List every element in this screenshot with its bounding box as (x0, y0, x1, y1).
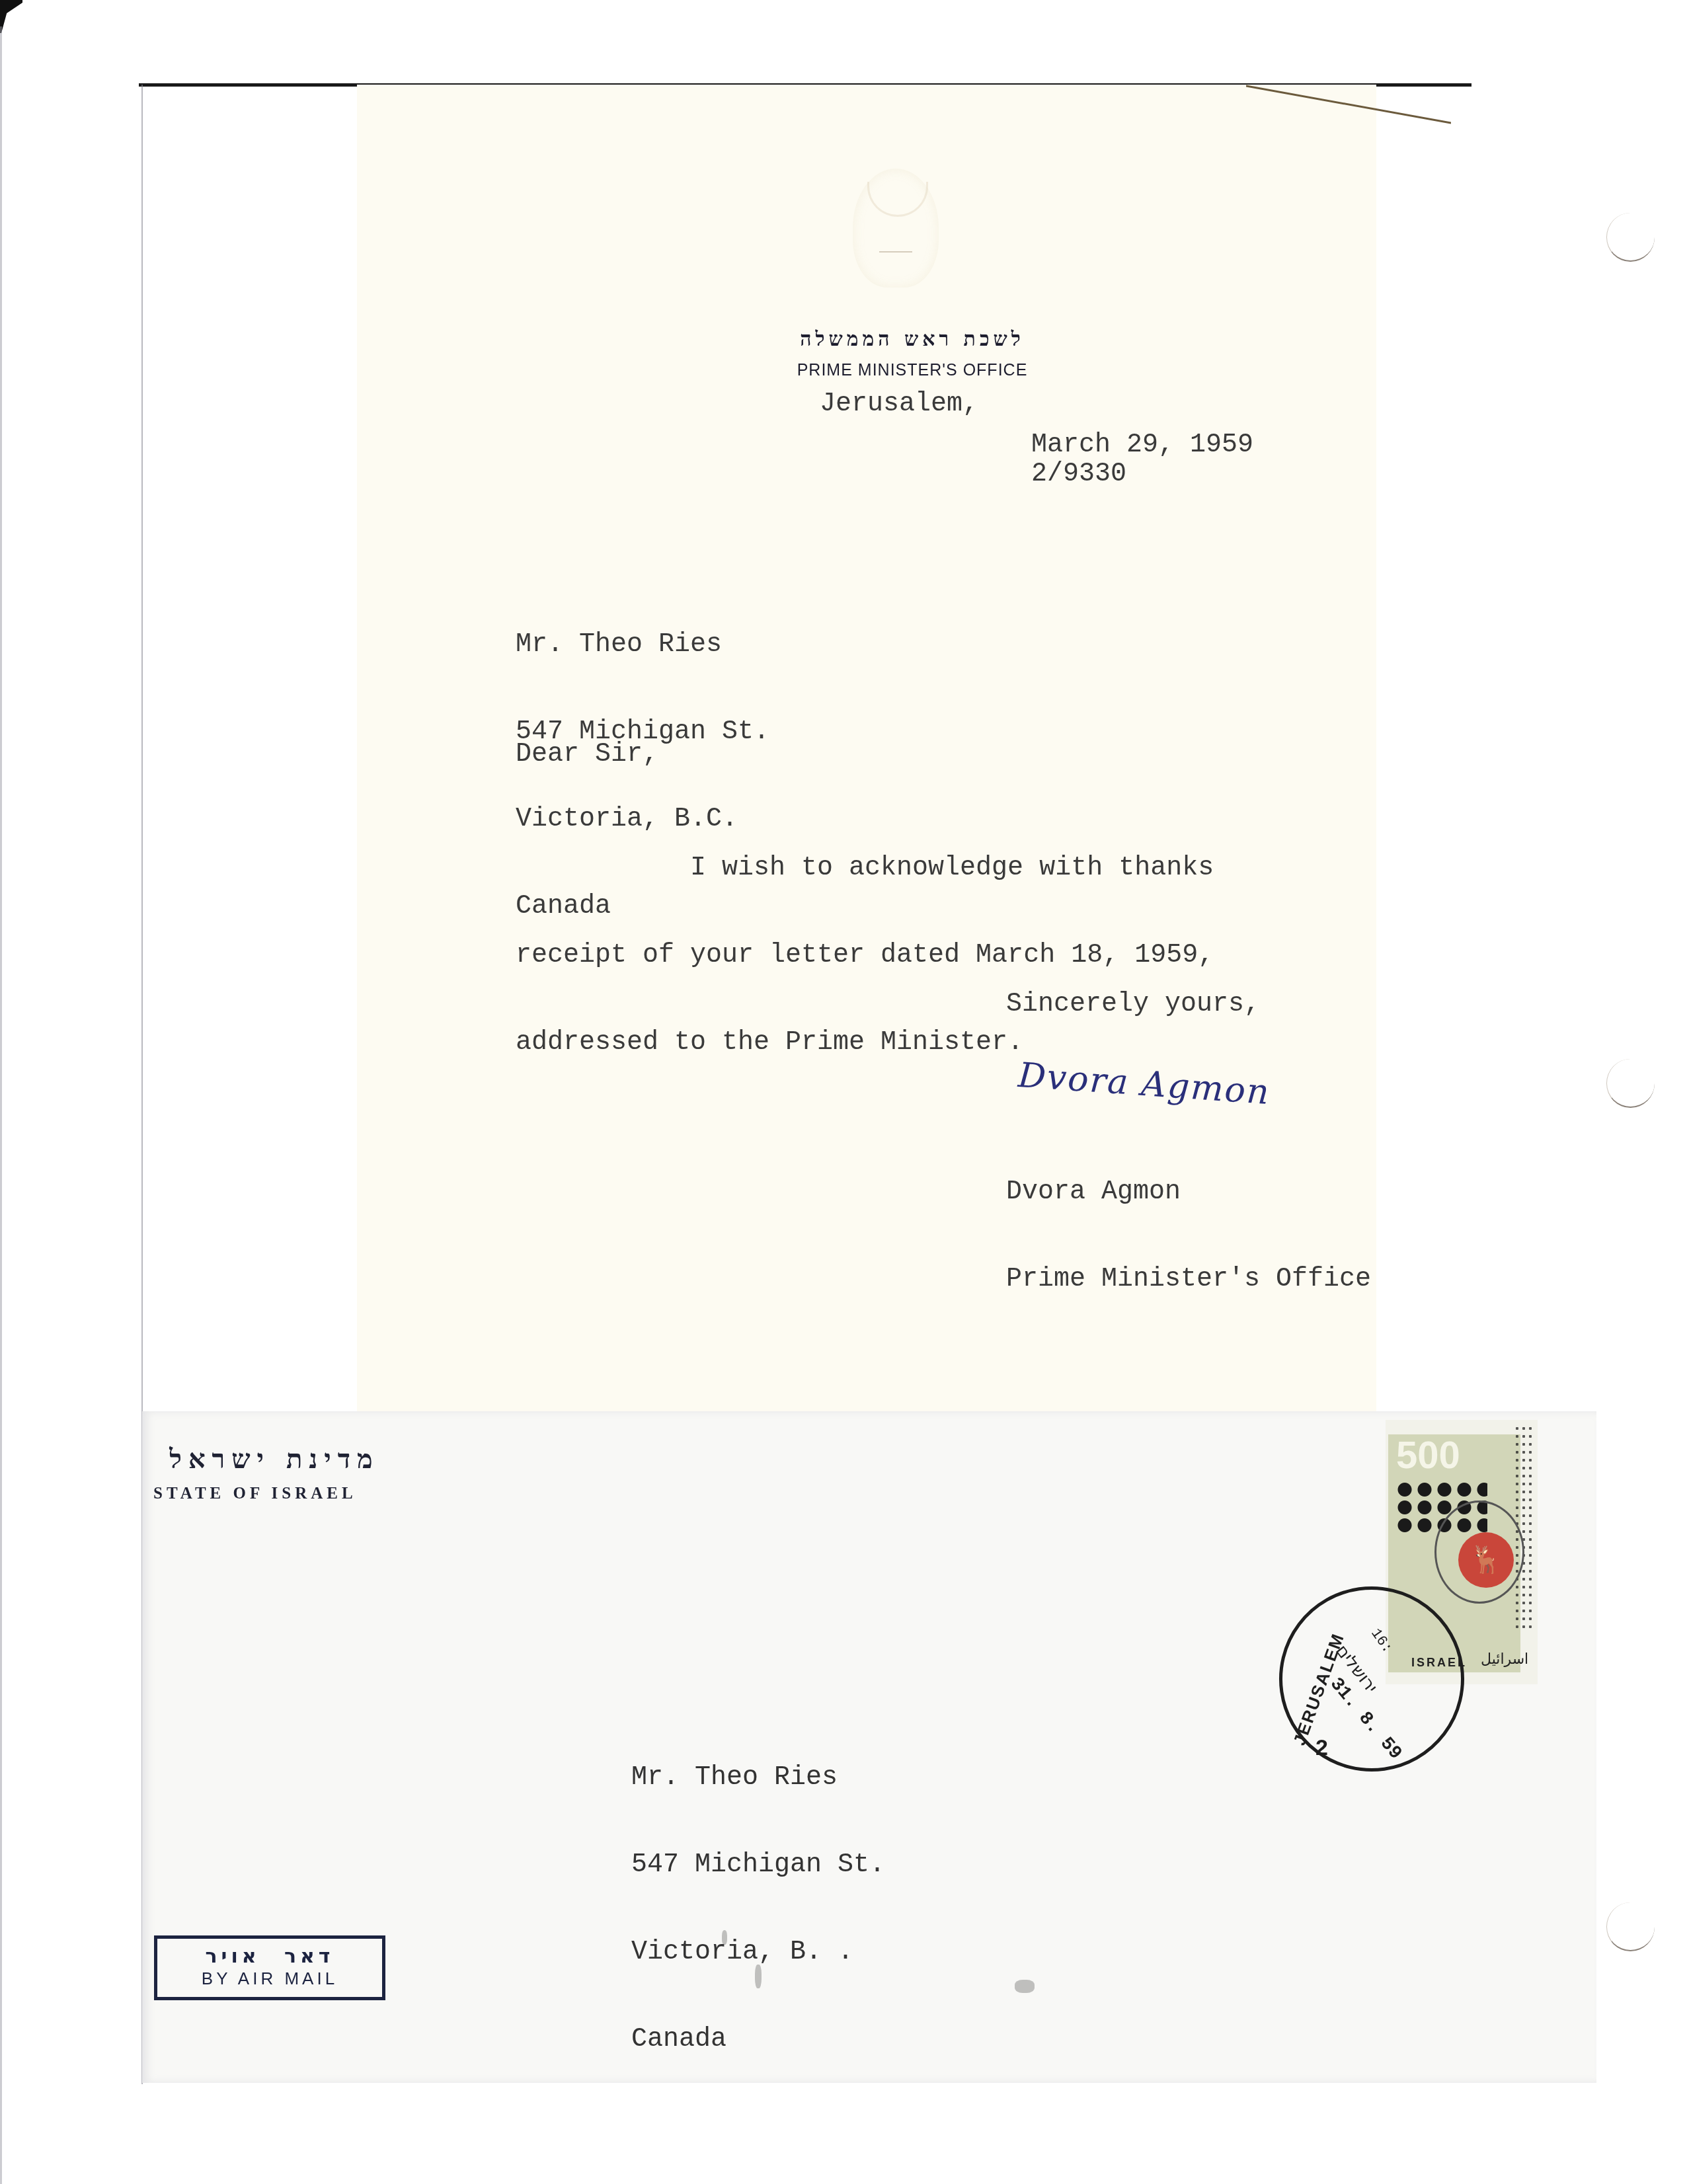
airmail-english: BY AIR MAIL (157, 1968, 382, 1989)
signer-title: Prime Minister's Office (1006, 1265, 1371, 1294)
salutation: Dear Sir, (516, 740, 658, 769)
envelope-recipient-city: Victoria, B. . (631, 1938, 885, 1967)
recipient-name: Mr. Theo Ries (516, 631, 769, 660)
letter-date: March 29, 1959 (1031, 431, 1253, 460)
menorah-emblem-icon (853, 169, 939, 288)
body-line: receipt of your letter dated March 18, 1… (516, 941, 1214, 970)
smudge-mark (722, 1930, 727, 1945)
binder-hole-top (1606, 213, 1655, 262)
postmark-office-number: 2 (1315, 1735, 1328, 1761)
signer-name: Dvora Agmon (1006, 1178, 1371, 1207)
signature-block: Dvora Agmon Prime Minister's Office (1006, 1120, 1371, 1323)
envelope-sender-english: STATE OF ISRAEL (153, 1485, 357, 1503)
gazelle-icon: 🦌 (1458, 1532, 1514, 1588)
binder-hole-bottom (1606, 1902, 1655, 1951)
closing: Sincerely yours, (1006, 990, 1260, 1019)
envelope-recipient-country: Canada (631, 2025, 885, 2054)
letter-city: Jerusalem, (820, 390, 978, 419)
airmail-hebrew: דאר אויר (157, 1945, 382, 1968)
binder-hole-middle (1606, 1059, 1655, 1108)
stamp-value: 500 (1396, 1433, 1460, 1477)
letter-reference: 2/9330 (1031, 460, 1126, 489)
letterhead-hebrew: לשכת ראש הממשלה (767, 328, 1058, 351)
envelope-recipient-address: Mr. Theo Ries 547 Michigan St. Victoria,… (631, 1705, 885, 2084)
envelope-recipient-street: 547 Michigan St. (631, 1851, 885, 1880)
letterhead-english: PRIME MINISTER'S OFFICE (767, 361, 1058, 380)
smudge-mark (755, 1965, 762, 1988)
body-line: I wish to acknowledge with thanks (516, 854, 1214, 883)
letter-folded-corner (1246, 85, 1451, 124)
envelope-recipient-name: Mr. Theo Ries (631, 1764, 885, 1793)
scan-edge (0, 26, 2, 2184)
airmail-label: דאר אויר BY AIR MAIL (154, 1935, 385, 2000)
body-line: addressed to the Prime Minister. (516, 1029, 1214, 1058)
scan-corner (0, 0, 22, 33)
envelope-sender-hebrew: מדינת ישראל (157, 1444, 392, 1475)
stamp-country-arabic: اسرائيل (1481, 1651, 1528, 1668)
smudge-mark (1015, 1980, 1035, 1993)
letter-body: I wish to acknowledge with thanks receip… (516, 796, 1214, 1087)
